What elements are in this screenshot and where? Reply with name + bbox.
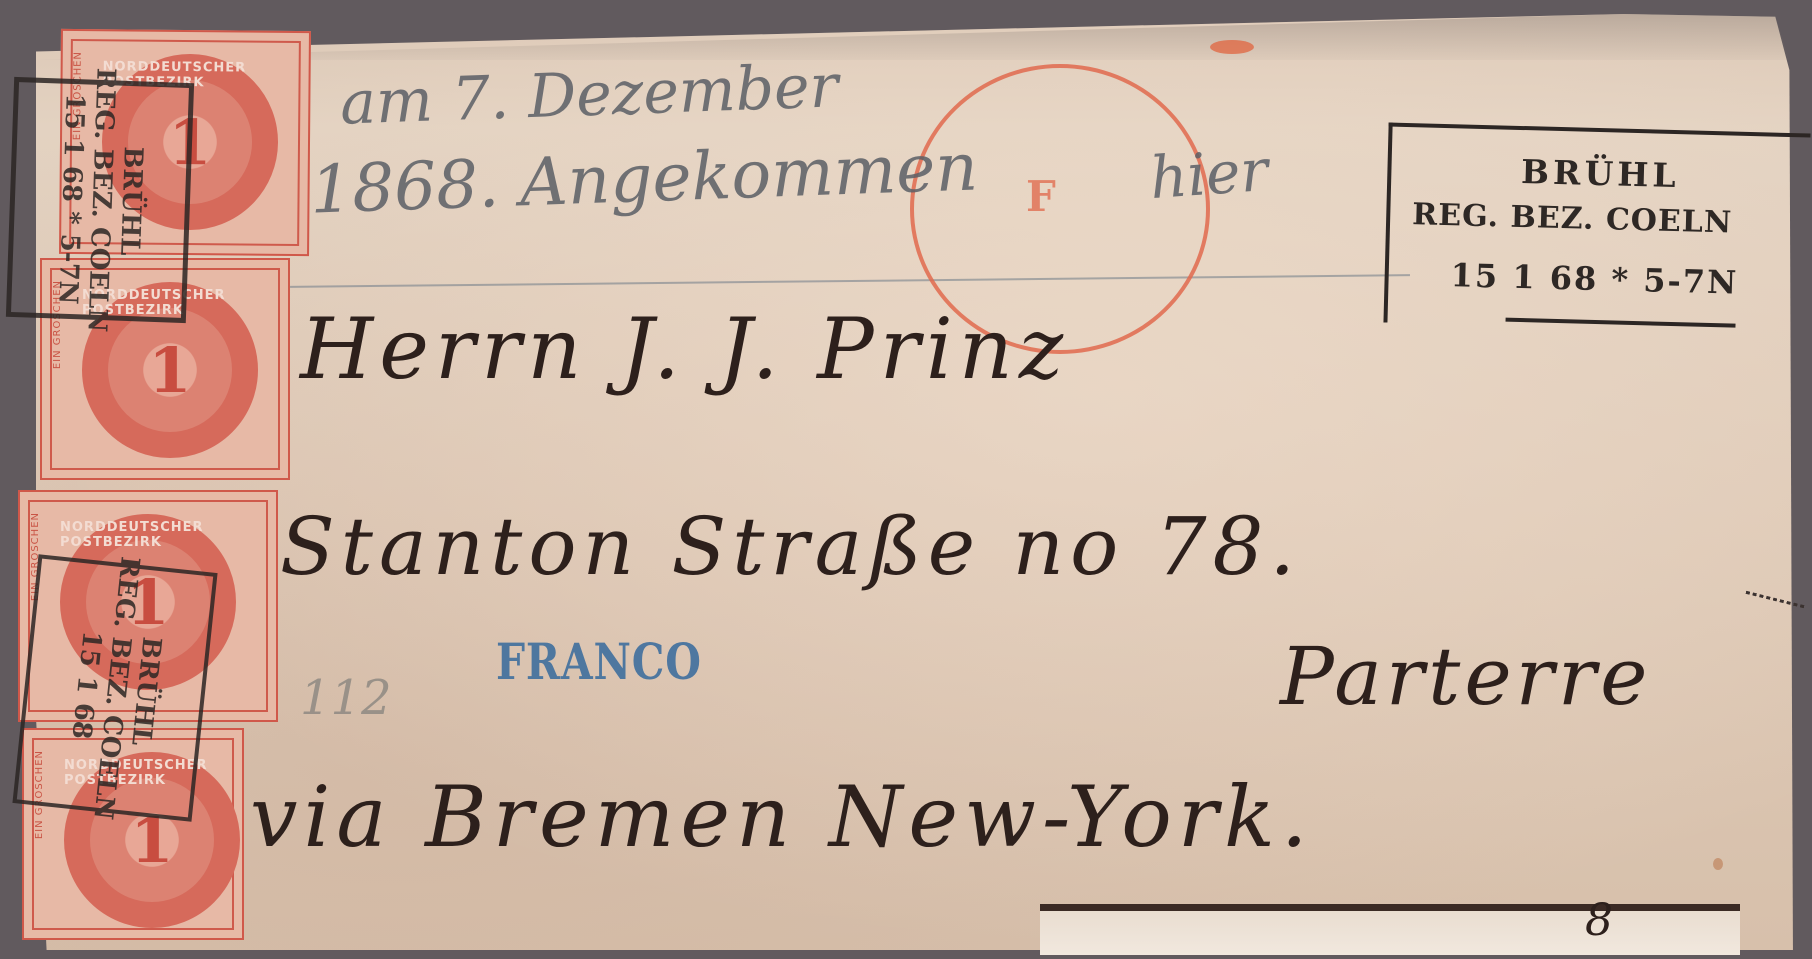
address-line-4: via Bremen New-York. [250, 768, 1314, 866]
postmark-district: REG. BEZ. COELN [1412, 197, 1733, 240]
postmark-rule [1506, 318, 1736, 328]
bruehl-box-postmark: BRÜHL REG. BEZ. COELN 15 1 68 * 5-7N [1383, 123, 1810, 334]
postmark-date: 15 1 68 * 5-7N [1450, 256, 1739, 302]
address-line-3: Parterre [1280, 630, 1652, 723]
address-line-1: Herrn J. J. Prinz [300, 300, 1069, 398]
cancel-line-1: BRÜHL [113, 146, 147, 256]
address-line-2: Stanton Straße no 78. [280, 500, 1301, 593]
torn-bottom-flap [1040, 904, 1740, 955]
ink-spot [1713, 858, 1723, 870]
pencil-number: 112 [300, 670, 392, 726]
pencil-note-side: hier [1148, 136, 1270, 212]
red-ink-mark [1210, 40, 1254, 54]
red-postmark-center: F [1026, 172, 1056, 221]
stamp-cancel-lower: BRÜHL REG. BEZ. COELN 15 1 68 [12, 554, 217, 821]
stamp-cancel-upper: BRÜHL REG. BEZ. COELN 15 1 68 * 5-7N [6, 77, 194, 323]
flap-mark: 8 [1585, 895, 1613, 946]
franco-handstamp: FRANCO [496, 632, 702, 691]
cancel-line-3: 15 1 68 * 5-7N [52, 93, 89, 305]
postmark-town: BRÜHL [1391, 149, 1810, 199]
